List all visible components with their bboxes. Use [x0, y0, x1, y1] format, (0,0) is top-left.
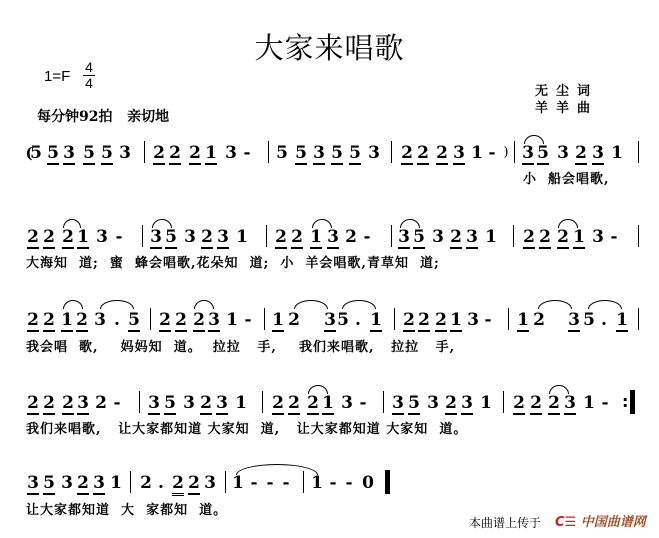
- dash: -: [361, 227, 373, 247]
- slur: [342, 300, 376, 309]
- bar-line: [514, 141, 515, 163]
- note: 1: [480, 393, 492, 413]
- note: 2: [193, 310, 205, 332]
- note: 2: [417, 143, 429, 165]
- note: 3: [568, 310, 580, 332]
- note: 2: [288, 310, 300, 330]
- score-line-2: 2 2 2 1 3 - 3 5 3 2 3 1 2 2 1 3 2 - 3 5 …: [0, 227, 659, 247]
- note: 3: [208, 310, 220, 332]
- note: 1: [517, 310, 529, 332]
- note: 2: [159, 310, 171, 332]
- note: 5: [413, 227, 425, 249]
- slur: [538, 300, 572, 309]
- note: 5: [331, 143, 343, 165]
- note: 2: [450, 227, 462, 249]
- lyrics-line-3: 我会唱 歌, 妈妈知 道。 拉拉 手, 我们来唱歌, 拉拉 手,: [26, 336, 455, 355]
- note: 2: [288, 393, 300, 415]
- note: 3: [217, 227, 229, 249]
- note: 3: [324, 310, 336, 332]
- dash: -: [599, 393, 611, 413]
- bar-line: [503, 391, 504, 413]
- bar-line: [139, 391, 140, 413]
- note: 2: [189, 143, 201, 165]
- bar-line: [513, 225, 514, 247]
- note: 2: [27, 310, 39, 332]
- dash: -: [242, 310, 254, 330]
- note: 2: [557, 227, 569, 249]
- note: 2: [175, 310, 187, 332]
- dash: -: [357, 393, 369, 413]
- time-numerator: 4: [83, 61, 95, 74]
- note: 2: [43, 393, 55, 415]
- note: 2: [188, 473, 200, 495]
- note: 2: [200, 393, 212, 415]
- note: 2: [62, 393, 74, 415]
- time-signature: 4 4: [83, 61, 95, 90]
- slur: [194, 300, 214, 309]
- credits: 无尘词 羊羊曲: [535, 83, 598, 117]
- note: 2: [169, 143, 181, 165]
- note: 3: [61, 473, 73, 493]
- composer: 羊羊曲: [535, 100, 598, 117]
- note: 2: [172, 473, 184, 496]
- note: 3: [96, 227, 108, 247]
- dash: -: [264, 473, 276, 493]
- note: 5: [276, 143, 288, 163]
- upload-note: 本曲谱上传于: [469, 514, 541, 531]
- dash: -: [327, 473, 339, 493]
- note: 2: [436, 143, 448, 165]
- repeat-sign: :: [622, 392, 628, 411]
- note: 5: [408, 393, 420, 415]
- note: 3: [77, 393, 89, 415]
- note: 2: [272, 393, 284, 415]
- bar-line: [383, 391, 384, 413]
- note: 3: [63, 143, 75, 165]
- note: 5: [583, 310, 595, 330]
- note: 2: [275, 227, 287, 249]
- note: 3: [184, 227, 196, 247]
- bar-line: [638, 225, 639, 247]
- note: 5: [537, 143, 549, 165]
- note: 2: [27, 393, 39, 415]
- slur: [294, 300, 328, 309]
- lyrics-line-5: 让大家都知道 大 家都知 道。: [26, 499, 227, 518]
- bar-line: [638, 308, 639, 330]
- paren-close: ): [500, 143, 512, 163]
- note: 3: [119, 143, 131, 163]
- repeat-end-bar: [630, 390, 635, 414]
- bar-line: [264, 308, 265, 330]
- note: 2: [140, 473, 152, 493]
- score-line-3: 2 2 1 2 3 . 5 2 2 2 3 1 - 1 2 3 5 . 1 2 …: [0, 310, 659, 330]
- slur: [63, 300, 83, 309]
- note: 2: [95, 393, 107, 413]
- note: 3: [592, 143, 604, 165]
- bar-line: [391, 225, 392, 247]
- site-logo[interactable]: C☰ 中国曲谱网: [555, 511, 646, 530]
- note: 2: [575, 143, 587, 165]
- score-line-4: 2 2 2 3 2 - 3 5 3 2 3 1 2 2 2 1 3 - 3 5 …: [0, 393, 659, 413]
- note: 2: [445, 393, 457, 415]
- note: 1: [235, 393, 247, 413]
- note: 3: [225, 143, 237, 163]
- dash: -: [241, 143, 253, 163]
- note: 1: [205, 143, 217, 165]
- note: 3: [453, 143, 465, 165]
- dash: -: [343, 473, 355, 493]
- note: 3: [557, 143, 569, 163]
- dash: -: [608, 227, 620, 247]
- note: 2: [27, 227, 39, 249]
- note: 1: [232, 473, 244, 493]
- note: 2: [523, 227, 535, 249]
- bar-line: [262, 391, 263, 413]
- note: 2: [401, 143, 413, 165]
- note: 5: [128, 310, 140, 332]
- bar-line: [142, 225, 143, 247]
- score-line-5: 3 5 3 2 3 1 2 . 2 2 3 1 - - - 1 - - 0: [0, 473, 659, 493]
- note: 3: [461, 393, 473, 415]
- note: 5: [101, 143, 113, 165]
- lyrics-line-2: 大海知 道; 蜜 蜂会唱歌,花朵知 道; 小 羊会唱歌,青草知 道;: [26, 252, 440, 271]
- bar-line: [638, 141, 639, 163]
- note: 2: [539, 227, 551, 249]
- bar-line: [150, 308, 151, 330]
- note: 5: [295, 143, 307, 165]
- tempo-marking: 每分钟92拍 亲切地: [37, 106, 169, 126]
- note: 1: [370, 310, 382, 332]
- note: 2: [62, 227, 74, 249]
- dot: .: [598, 310, 610, 330]
- dash: -: [111, 393, 123, 413]
- note: 1: [485, 227, 497, 247]
- score-line-1: ( 5 5 3 5 5 3 2 2 2 1 3 - 5 5 3 5 5 3 2 …: [0, 143, 659, 163]
- note: 1: [226, 310, 238, 330]
- note: 3: [183, 393, 195, 413]
- note: 3: [432, 227, 444, 247]
- note: 3: [27, 473, 39, 495]
- note: 3: [94, 310, 106, 330]
- note: 2: [548, 393, 560, 415]
- note: 3: [398, 227, 410, 249]
- note: 2: [345, 227, 357, 247]
- note: 2: [513, 393, 525, 415]
- note: 3: [466, 227, 478, 249]
- dash: -: [482, 310, 494, 330]
- note: 1: [110, 473, 122, 493]
- dot: .: [155, 473, 167, 493]
- lyricist: 无尘词: [535, 83, 598, 100]
- note: 5: [83, 143, 95, 165]
- dash: -: [280, 473, 292, 493]
- note: 3: [327, 227, 339, 249]
- lyrics-line-4: 我们来唱歌, 让大家都知道 大家知 道, 让大家都知道 大家知 道。: [26, 418, 467, 437]
- note: 3: [150, 227, 162, 249]
- note: 2: [77, 473, 89, 495]
- note: 1: [272, 310, 284, 332]
- note: 1: [471, 143, 483, 163]
- dot: .: [111, 310, 123, 330]
- rest: 0: [362, 473, 374, 493]
- dot: .: [352, 310, 364, 330]
- lyrics-line-1: 小 船会唱歌,: [523, 168, 610, 187]
- note: 3: [341, 393, 353, 413]
- note: 2: [418, 310, 430, 332]
- note: 3: [392, 393, 404, 415]
- note: 1: [310, 227, 322, 249]
- bar-line: [394, 308, 395, 330]
- note: 5: [349, 143, 361, 165]
- note: 3: [313, 143, 325, 165]
- note: 5: [337, 310, 349, 330]
- note: 3: [204, 473, 216, 493]
- song-title: 大家来唱歌: [0, 26, 659, 67]
- note: 3: [592, 227, 604, 247]
- site-name: 中国曲谱网: [581, 515, 646, 530]
- bar-line: [144, 141, 145, 163]
- note: 2: [403, 310, 415, 332]
- note: 1: [322, 393, 334, 415]
- dash: -: [113, 227, 125, 247]
- bar-line: [391, 141, 392, 163]
- note: 5: [47, 143, 59, 165]
- note: 3: [427, 393, 439, 413]
- note: 1: [583, 393, 595, 413]
- note: 3: [368, 143, 380, 163]
- note: 5: [43, 473, 55, 495]
- logo-icon: C☰: [555, 515, 576, 530]
- note: 2: [153, 143, 165, 165]
- note: 2: [76, 310, 88, 332]
- dash: -: [248, 473, 260, 493]
- bar-line: [266, 225, 267, 247]
- note: 1: [573, 227, 585, 249]
- slur: [588, 300, 622, 309]
- note: 1: [236, 227, 248, 247]
- bar-line: [303, 471, 304, 493]
- note: 2: [307, 393, 319, 415]
- note: 2: [201, 227, 213, 249]
- note: 2: [43, 227, 55, 249]
- note: 3: [522, 143, 534, 165]
- time-denominator: 4: [83, 77, 95, 90]
- bar-line: [130, 471, 131, 493]
- note: 1: [77, 227, 89, 249]
- note: 1: [61, 310, 73, 332]
- note: 5: [165, 227, 177, 249]
- note: 3: [564, 393, 576, 415]
- note: 1: [611, 143, 623, 163]
- dash: -: [486, 143, 498, 163]
- note: 2: [43, 310, 55, 332]
- note: 5: [30, 143, 42, 163]
- bar-line: [225, 471, 226, 493]
- final-bar: [385, 470, 390, 494]
- note: 2: [435, 310, 447, 332]
- note: 1: [616, 310, 628, 332]
- note: 3: [93, 473, 105, 495]
- note: 2: [533, 310, 545, 330]
- note: 3: [216, 393, 228, 415]
- note: 5: [164, 393, 176, 415]
- note: 1: [450, 310, 462, 332]
- key-signature: 1=F: [44, 68, 70, 85]
- note: 1: [311, 473, 323, 493]
- note: 3: [467, 310, 479, 330]
- note: 2: [291, 227, 303, 249]
- slur: [100, 300, 134, 309]
- note: 2: [530, 393, 542, 415]
- bar-line: [268, 141, 269, 163]
- note: 3: [148, 393, 160, 415]
- bar-line: [508, 308, 509, 330]
